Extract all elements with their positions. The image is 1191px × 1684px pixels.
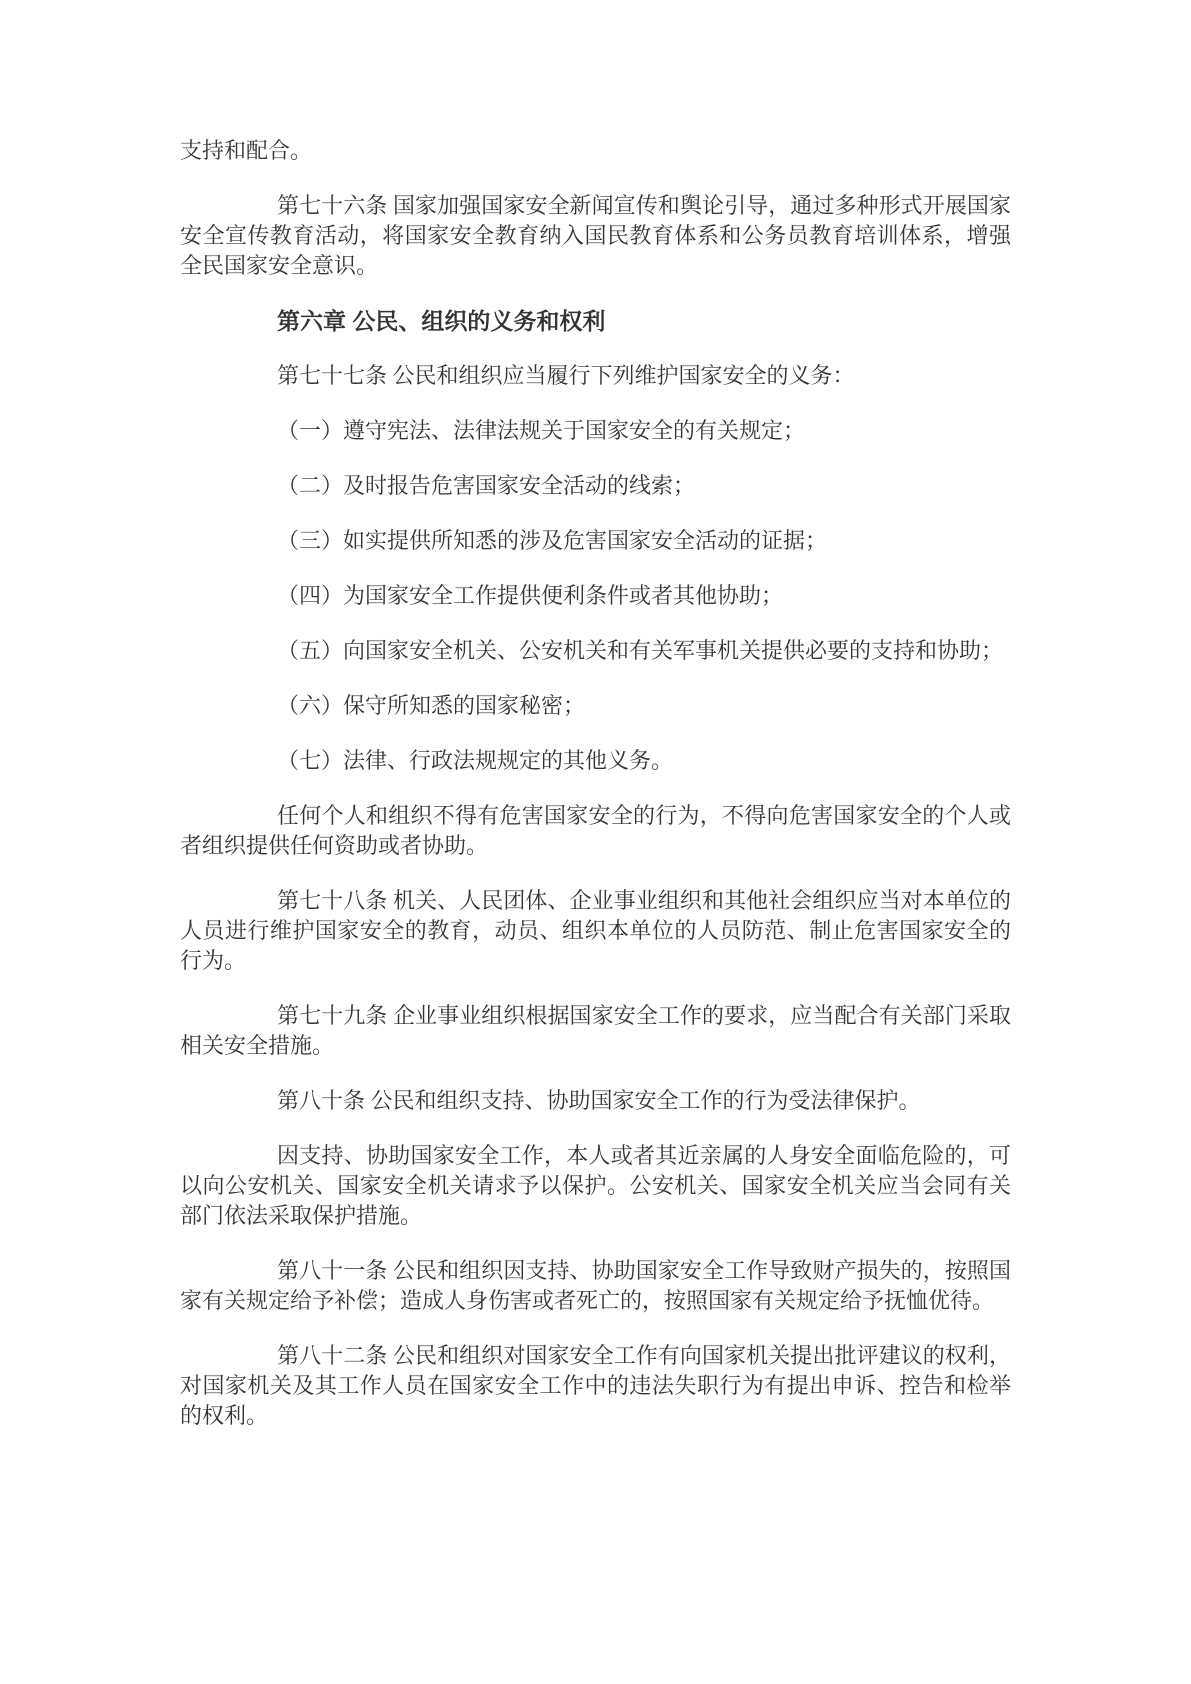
article-77-item-3: （三）如实提供所知悉的涉及危害国家安全活动的证据； xyxy=(180,526,1011,556)
article-77-item-2: （二）及时报告危害国家安全活动的线索； xyxy=(180,471,1011,501)
para-continuation-from-previous-page: 支持和配合。 xyxy=(180,136,1011,166)
chapter-6-heading: 第六章 公民、组织的义务和权利 xyxy=(180,306,1011,336)
article-80: 第八十条 公民和组织支持、协助国家安全工作的行为受法律保护。 xyxy=(180,1086,1011,1116)
document-body: 支持和配合。第七十六条 国家加强国家安全新闻宣传和舆论引导，通过多种形式开展国家… xyxy=(180,136,1011,1456)
article-81: 第八十一条 公民和组织因支持、协助国家安全工作导致财产损失的，按照国家有关规定给… xyxy=(180,1256,1011,1316)
article-79: 第七十九条 企业事业组织根据国家安全工作的要求，应当配合有关部门采取相关安全措施… xyxy=(180,1001,1011,1061)
article-76: 第七十六条 国家加强国家安全新闻宣传和舆论引导，通过多种形式开展国家安全宣传教育… xyxy=(180,191,1011,281)
document-page: 支持和配合。第七十六条 国家加强国家安全新闻宣传和舆论引导，通过多种形式开展国家… xyxy=(0,0,1191,1684)
article-78: 第七十八条 机关、人民团体、企业事业组织和其他社会组织应当对本单位的人员进行维护… xyxy=(180,886,1011,976)
article-77-item-1: （一）遵守宪法、法律法规关于国家安全的有关规定； xyxy=(180,416,1011,446)
article-82: 第八十二条 公民和组织对国家安全工作有向国家机关提出批评建议的权利，对国家机关及… xyxy=(180,1341,1011,1431)
article-77-item-6: （六）保守所知悉的国家秘密； xyxy=(180,691,1011,721)
article-77: 第七十七条 公民和组织应当履行下列维护国家安全的义务： xyxy=(180,361,1011,391)
article-77-item-5: （五）向国家安全机关、公安机关和有关军事机关提供必要的支持和协助； xyxy=(180,636,1011,666)
article-77-para-2: 任何个人和组织不得有危害国家安全的行为，不得向危害国家安全的个人或者组织提供任何… xyxy=(180,801,1011,861)
article-77-item-7: （七）法律、行政法规规定的其他义务。 xyxy=(180,746,1011,776)
article-80-para-2: 因支持、协助国家安全工作，本人或者其近亲属的人身安全面临危险的，可以向公安机关、… xyxy=(180,1141,1011,1231)
article-77-item-4: （四）为国家安全工作提供便利条件或者其他协助； xyxy=(180,581,1011,611)
